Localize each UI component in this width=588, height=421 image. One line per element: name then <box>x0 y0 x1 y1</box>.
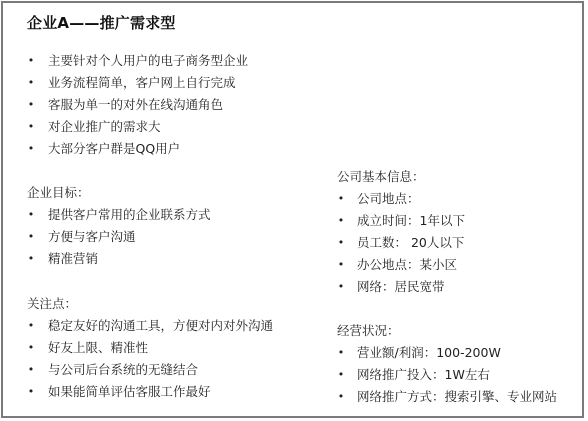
bullet-icon: • <box>337 386 345 408</box>
bullet-icon: • <box>27 248 35 270</box>
bullet-icon: • <box>27 50 35 72</box>
bullet-icon: • <box>27 381 35 403</box>
bullet-icon: • <box>337 254 345 276</box>
bullet-icon: • <box>337 342 345 364</box>
bullet-icon: • <box>337 210 345 232</box>
bullet-icon: • <box>337 364 345 386</box>
bullet-icon: • <box>337 188 345 210</box>
bullet-icon: • <box>27 337 35 359</box>
bullet-icon: • <box>27 226 35 248</box>
operations-heading: 经营状况： <box>337 321 400 339</box>
bullet-icon: • <box>27 94 35 116</box>
bullet-icon: • <box>27 315 35 337</box>
goals-heading: 企业目标： <box>27 183 90 201</box>
bullet-icon: • <box>337 276 345 298</box>
bullet-icon: • <box>27 138 35 160</box>
bullet-icon: • <box>27 359 35 381</box>
concerns-heading: 关注点： <box>27 294 77 312</box>
basic-info-heading: 公司基本信息： <box>337 167 425 185</box>
bullet-icon: • <box>337 232 345 254</box>
document-title: 企业A——推广需求型 <box>27 12 176 33</box>
bullet-icon: • <box>27 72 35 94</box>
bullet-icon: • <box>27 204 35 226</box>
bullet-icon: • <box>27 116 35 138</box>
